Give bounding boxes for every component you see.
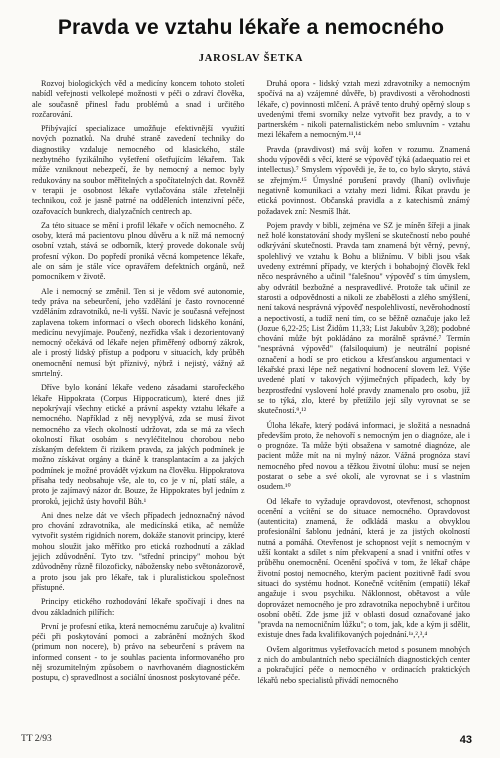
paragraph: Ani dnes nelze dát ve všech případech je… [32,511,245,593]
paragraph: Od lékaře to vyžaduje opravdovost, otevř… [258,497,471,641]
paragraph: Ovšem algoritmus vyšetřovacích metod s p… [258,645,471,686]
paragraph: Úloha lékaře, který podává informaci, je… [258,421,471,493]
article-column-right: Druhá opora - lidský vztah mezi zdravotn… [258,79,471,690]
paragraph: Druhá opora - lidský vztah mezi zdravotn… [258,79,471,141]
paragraph: Dříve bylo konání lékaře vedeno zásadami… [32,383,245,507]
journal-article-page: Pravda ve vztahu lékaře a nemocného JARO… [0,0,500,758]
footer-page-number: 43 [460,734,472,746]
paragraph: Pravda (pravdivost) má svůj kořen v rozu… [258,145,471,217]
paragraph: Ale i nemocný se změnil. Ten si je vědom… [32,287,245,380]
paragraph: Za této situace se mění i profil lékaře … [32,221,245,283]
footer-journal-label: TT 2/93 [21,734,52,744]
paragraph: Principy etického rozhodování lékaře spo… [32,597,245,618]
paragraph: Rozvoj biologických věd a medicíny konce… [32,79,245,120]
paragraph: Pojem pravdy v bibli, zejména ve SZ je m… [258,221,471,417]
author-name: JAROSLAV ŠETKA [32,53,470,64]
paragraph: Přibývající specializace umožňuje efekti… [32,124,245,217]
page-title: Pravda ve vztahu lékaře a nemocného [32,16,470,40]
article-body: Rozvoj biologických věd a medicíny konce… [32,79,470,690]
paragraph: První je profesní etika, která nemocnému… [32,622,245,684]
article-column-left: Rozvoj biologických věd a medicíny konce… [32,79,245,690]
